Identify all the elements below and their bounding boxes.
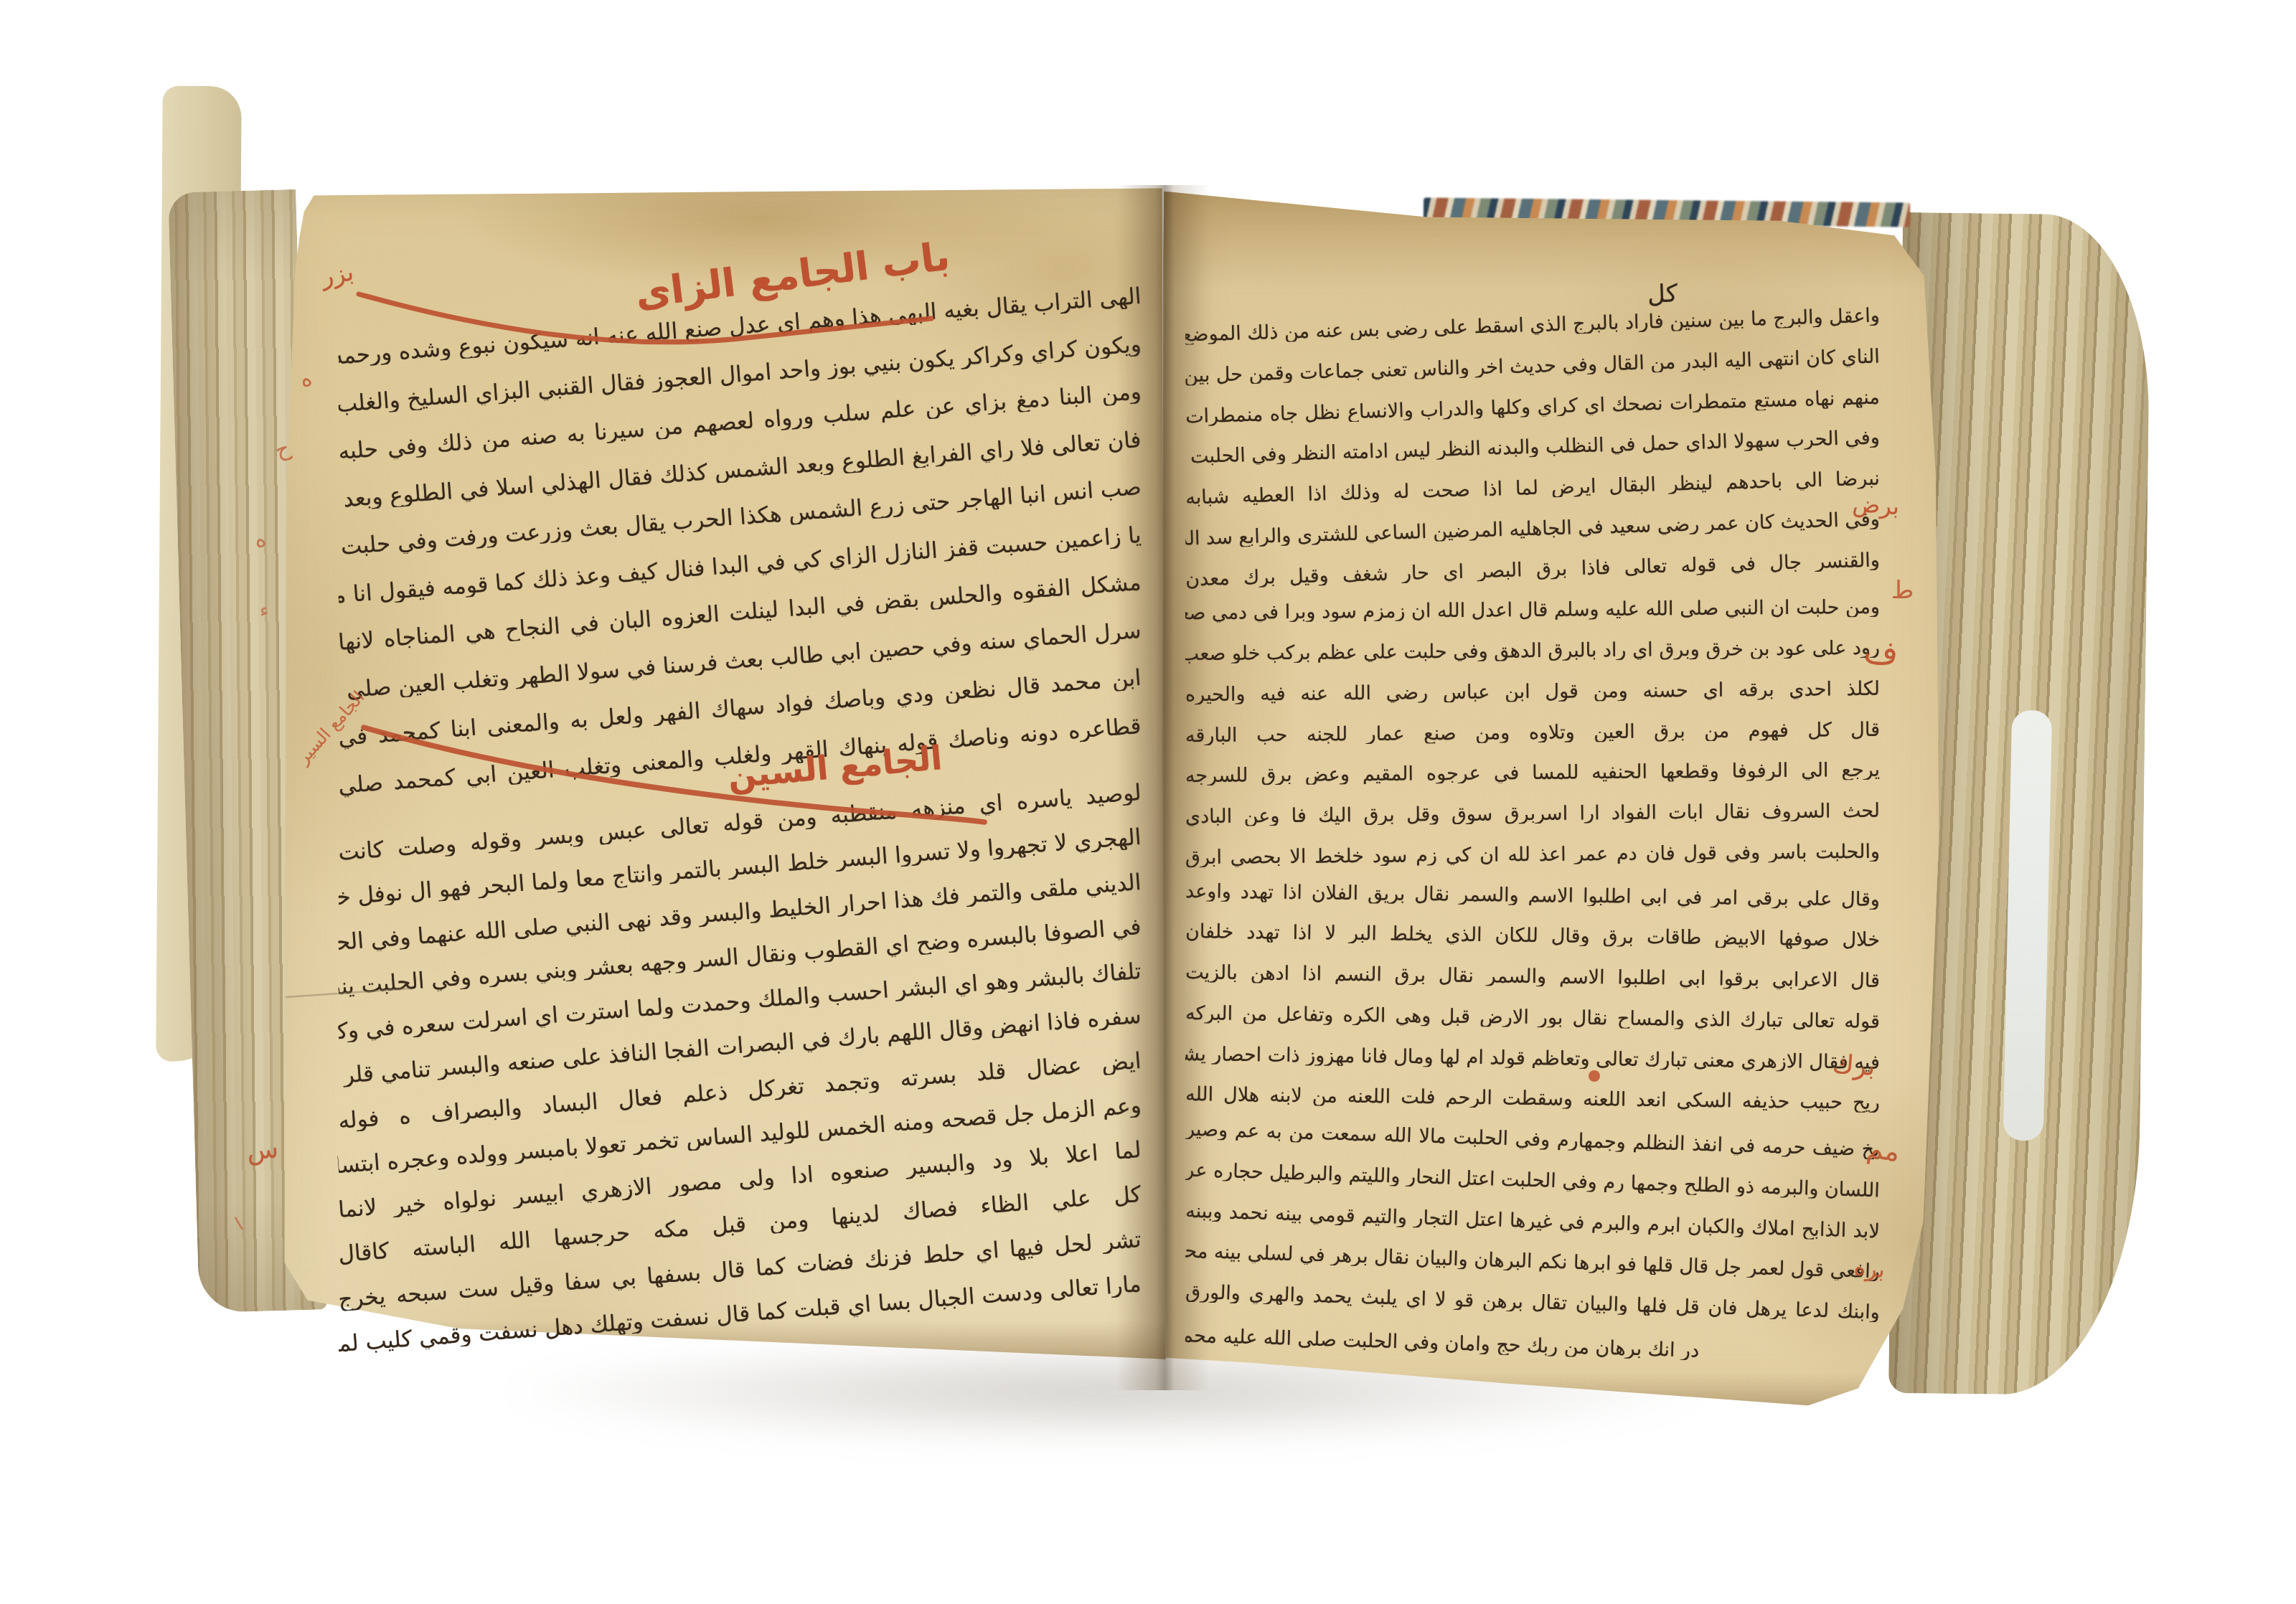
text-line: وفي الحديث كان عمر رضي سعيد في الجاهليه …: [1185, 509, 1880, 548]
text-line: لابد الذابح املاك والكبان ابرم والبرم في…: [1185, 1201, 1880, 1241]
right-page-text: واعقل والبرج ما بين سنين فاراد بالبرج ال…: [1185, 316, 1880, 1353]
text-line: قال كل فهوم من برق العين وتلاوه ومن صنع …: [1185, 720, 1880, 745]
text-line: الناي كان انتهى اليه البدر من القال وفي …: [1185, 346, 1880, 385]
text-line: رافعي قول لعمر جل قال قلها فو ابرها نكم …: [1185, 1242, 1880, 1282]
text-line: قوله تعالى تبارك الذي والمساح نقال بور ا…: [1185, 1004, 1880, 1032]
manuscript-photo: باب الجامع الزاى الهى التراب يقال بغيه ا…: [0, 0, 2296, 1604]
text-line: ومن حلبت ان النبي صلى الله عليه وسلم قال…: [1185, 598, 1880, 623]
text-line: قال الاعرابي برقوا ابي اطلبوا الاسم والس…: [1185, 963, 1880, 991]
text-line: يرجع الي الرفوفا وقطعها الحنفيه للمسا في…: [1185, 760, 1880, 786]
red-dot-punctuation: [1589, 1070, 1600, 1082]
text-line: فيه فقال الازهري معنى تبارك تعالى وتعاظم…: [1185, 1044, 1880, 1072]
white-endpaper-strip: [2003, 710, 2053, 1141]
text-line: لحث السروف نقال ابات الفواد ارا اسربرق س…: [1185, 801, 1880, 826]
text-line: لكلذ احدي برقه اي حسنه ومن قول ابن عباس …: [1185, 679, 1880, 704]
text-line: وقال علي برقي امر في ابي اطلبوا الاسم وا…: [1185, 882, 1880, 910]
text-line: اللسان والبرمه ذو الطلح وجمها رم وفي الح…: [1185, 1160, 1880, 1200]
text-line: والحلبت باسر وفي قول فان دم عمر اعذ لله …: [1185, 842, 1880, 867]
catchword-kul: كل: [1647, 279, 1678, 308]
text-line: منهم نهاه مستع متمطرات نصحك اي كراي وكله…: [1185, 387, 1880, 426]
left-page-text-upper: الهى التراب يقال بغيه البهى هذا وهم اي ع…: [337, 316, 1142, 768]
text-line: يخ ضيف حرمه في انفذ النظلم وجمهارم وفي ا…: [1185, 1120, 1880, 1160]
text-line: والقنسر جال في قوله تعالى فاذا برق البصر…: [1185, 550, 1880, 589]
text-line: ريح حبيب حذيفه السكي انعد اللعنه وسقطت ا…: [1185, 1085, 1880, 1113]
text-line: خلال صوفها الابيض طاقات برق وقال للكان ا…: [1185, 922, 1880, 950]
text-line: رود على عود بن خرق وبرق اي راد بالبرق ال…: [1185, 638, 1880, 664]
text-line: وابنك لدعا يرهل فان قل فلها والبيان تقال…: [1185, 1283, 1880, 1323]
text-line: وفي الحرب سهولا الداي حمل في النظلب والب…: [1185, 428, 1880, 467]
left-page-text-lower: لوصيد ياسره اي منزهه منقطبه ومن قوله تعا…: [337, 812, 1142, 1326]
text-line: نبرضا الي باحدهم لينظر البقال ايرض لما ا…: [1185, 468, 1880, 507]
